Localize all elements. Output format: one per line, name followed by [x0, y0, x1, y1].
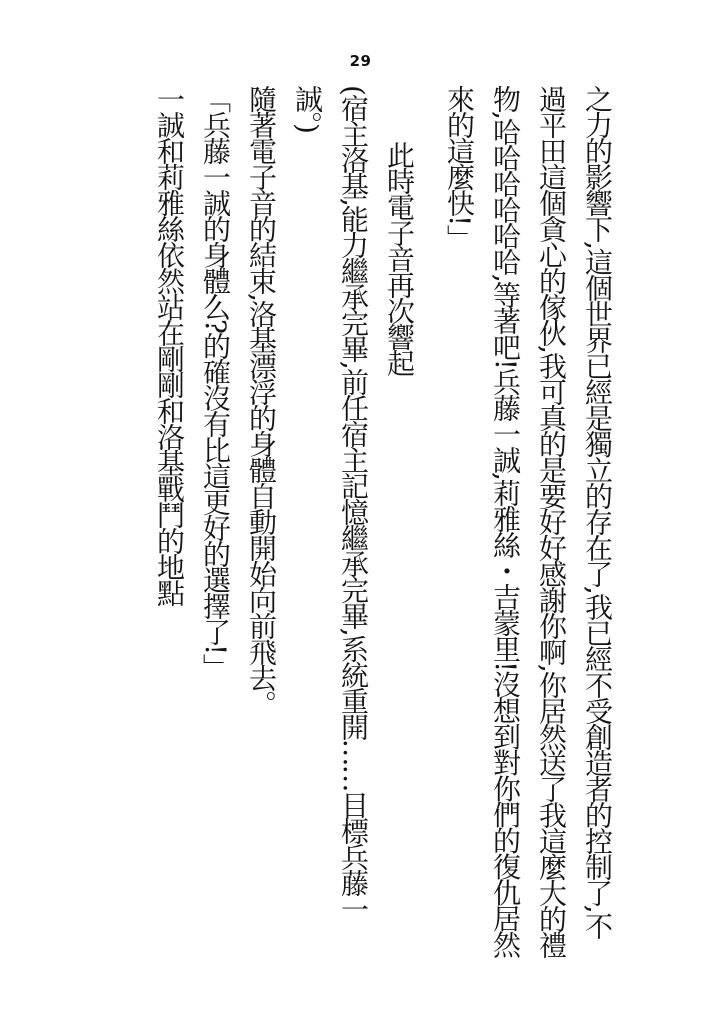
- paragraph: (宿主洛基,能力繼承完畢,前任宿主記憶繼承完畢,系統重開……目標兵藤一誠。): [284, 85, 376, 963]
- paragraph: 「兵藤一誠的身體么?的確沒有比這更好的選擇了!」: [192, 85, 238, 963]
- page-number: 29: [0, 52, 721, 70]
- vertical-text-block: 之力的影響下,這個世界已經是獨立的存在了,我已經不受創造者的控制了,不過平田這個…: [146, 85, 620, 963]
- paragraph: 隨著電子音的結束,洛基漂浮的身體自動開始向前飛去。: [238, 85, 284, 963]
- ebook-page[interactable]: 29 之力的影響下,這個世界已經是獨立的存在了,我已經不受創造者的控制了,不過平…: [0, 0, 721, 1020]
- paragraph: 此時電子音再次響起: [376, 85, 422, 963]
- paragraph: 之力的影響下,這個世界已經是獨立的存在了,我已經不受創造者的控制了,不過平田這個…: [436, 85, 620, 963]
- paragraph: 一誠和莉雅絲依然站在剛剛和洛基戰鬥的地點: [146, 85, 192, 963]
